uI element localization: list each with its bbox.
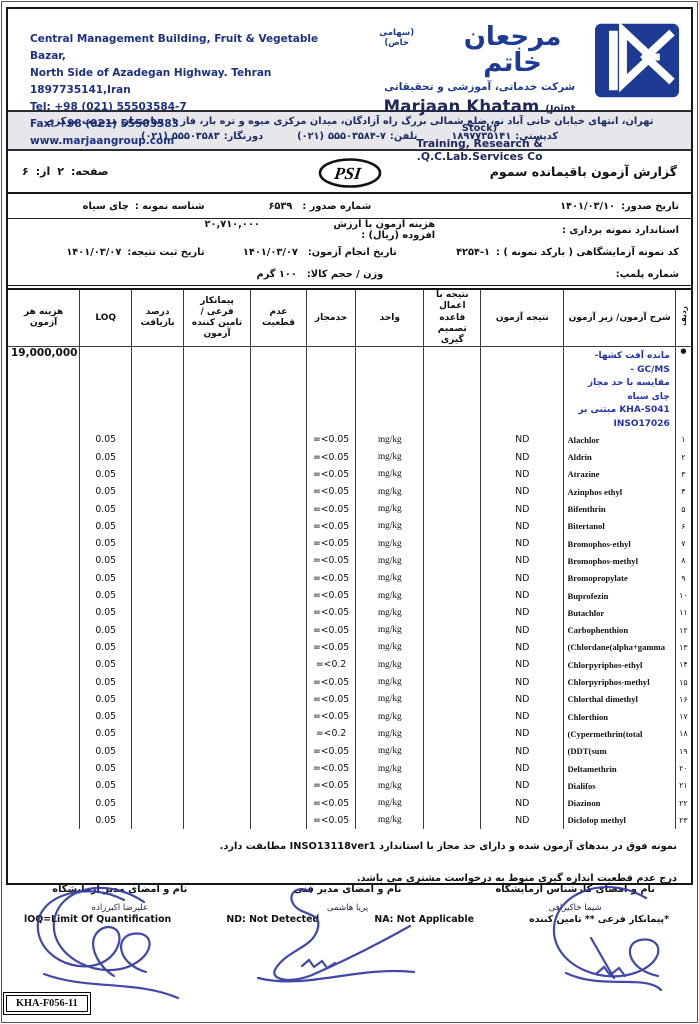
cell-subcontractor bbox=[184, 535, 251, 552]
cell-uncertainty bbox=[251, 777, 307, 794]
cell-recovery-percent bbox=[132, 552, 184, 569]
table-row: ۶BitertanolNDmg/kg=<0.050.05 bbox=[8, 518, 691, 535]
cell-unit: mg/kg bbox=[356, 812, 424, 829]
cell-cost bbox=[8, 725, 80, 742]
table-row: ۱۵Chlorpyriphos-methylNDmg/kg=<0.050.05 bbox=[8, 673, 691, 690]
psi-logo-icon: PSI bbox=[317, 157, 383, 193]
cell-recovery-percent bbox=[132, 760, 184, 777]
cell-recovery-percent bbox=[132, 604, 184, 621]
cell-unit: mg/kg bbox=[356, 570, 424, 587]
cell-loq: 0.05 bbox=[80, 535, 132, 552]
signature-lab-expert: نام و امضای کارشناس آزمایشگاه شیما خاکیر… bbox=[461, 884, 689, 913]
cell-limit: =<0.2 bbox=[307, 725, 356, 742]
cell-row-number: ۴ bbox=[675, 483, 691, 500]
cell-recovery-percent bbox=[132, 673, 184, 690]
cell-cost bbox=[8, 812, 80, 829]
cell-uncertainty bbox=[251, 449, 307, 466]
cell-uncertainty bbox=[251, 483, 307, 500]
cell-loq: 0.05 bbox=[80, 639, 132, 656]
cell-row-number: ۷ bbox=[675, 535, 691, 552]
cell-decision-rule-result bbox=[424, 466, 481, 483]
cell-recovery-percent bbox=[132, 483, 184, 500]
cell-row-number: ۲۲ bbox=[675, 794, 691, 811]
cell-loq: 0.05 bbox=[80, 466, 132, 483]
cell-row-number: ۳ bbox=[675, 466, 691, 483]
header-subcontractor: پیمانکار فرعی / تامین کننده آزمون bbox=[184, 290, 251, 347]
cell-limit: =<0.05 bbox=[307, 552, 356, 569]
cell-subcontractor bbox=[184, 466, 251, 483]
cell-decision-rule-result bbox=[424, 500, 481, 517]
cell-test-result: ND bbox=[481, 552, 564, 569]
cell-test-name: (Chlordane(alpha+gamma bbox=[564, 639, 675, 656]
signature-lab-manager: نام و امضای مدیر آزمایشگاه علیرضا اکبرزا… bbox=[6, 884, 234, 913]
cell-limit: =<0.05 bbox=[307, 518, 356, 535]
cell-decision-rule-result bbox=[424, 812, 481, 829]
sampling-standard-field: استاندارد نمونه برداری : bbox=[435, 225, 679, 236]
cell-decision-rule-result bbox=[424, 570, 481, 587]
cell-limit: =<0.2 bbox=[307, 656, 356, 673]
cell-test-result: ND bbox=[481, 570, 564, 587]
cell-recovery-percent bbox=[132, 431, 184, 448]
test-cost-field: هزینه آزمون با ارزش افزوده (ریال) :۲۰,۷۱… bbox=[205, 219, 436, 241]
cell-subcontractor bbox=[184, 708, 251, 725]
cell-limit: =<0.05 bbox=[307, 777, 356, 794]
cell-test-name: Buprofezin bbox=[564, 587, 675, 604]
address-en-line: Tel: +98 (021) 55503584-7 bbox=[30, 99, 336, 116]
cell-limit: =<0.05 bbox=[307, 431, 356, 448]
fax: دورنگار:۵۵۵۰۳۵۸۳(۰۲۱) bbox=[141, 131, 263, 142]
cell-recovery-percent bbox=[132, 587, 184, 604]
form-code-box: KHA-F056-11 bbox=[6, 995, 88, 1012]
cell-recovery-percent bbox=[132, 449, 184, 466]
cell-loq: 0.05 bbox=[80, 570, 132, 587]
cell-uncertainty bbox=[251, 708, 307, 725]
cell-unit: mg/kg bbox=[356, 552, 424, 569]
cell-test-name: (DDT(sum bbox=[564, 743, 675, 760]
result-date-field: تاریخ ثبت نتیجه:۱۴۰۱/۰۳/۰۷ bbox=[20, 247, 205, 258]
cell-cost bbox=[8, 518, 80, 535]
cell-cost bbox=[8, 691, 80, 708]
cell-subcontractor bbox=[184, 449, 251, 466]
cell-test-name: Chlorpyriphos-methyl bbox=[564, 673, 675, 690]
cell-decision-rule-result bbox=[424, 483, 481, 500]
cell-loq: 0.05 bbox=[80, 708, 132, 725]
cell-loq: 0.05 bbox=[80, 552, 132, 569]
address-en-line: Central Management Building, Fruit & Veg… bbox=[30, 31, 336, 65]
company-logo-icon bbox=[593, 22, 681, 99]
table-row: ۱۷ChlorthionNDmg/kg=<0.050.05 bbox=[8, 708, 691, 725]
cell-subcontractor bbox=[184, 483, 251, 500]
header-loq: LOQ bbox=[80, 290, 132, 347]
cell-test-name: Diazinon bbox=[564, 794, 675, 811]
cell-cost bbox=[8, 656, 80, 673]
cell-uncertainty bbox=[251, 656, 307, 673]
cell-decision-rule-result bbox=[424, 708, 481, 725]
cell-subcontractor bbox=[184, 691, 251, 708]
cell-subcontractor bbox=[184, 604, 251, 621]
cell-unit: mg/kg bbox=[356, 639, 424, 656]
cell-recovery-percent bbox=[132, 691, 184, 708]
address-fa-line: تهران، انتهای خیابان خانی آباد نو، ضلع ش… bbox=[8, 116, 691, 127]
cell-test-name: Bromophos-ethyl bbox=[564, 535, 675, 552]
test-report-page: Central Management Building, Fruit & Veg… bbox=[0, 0, 699, 1024]
header-unit: واحد bbox=[356, 290, 424, 347]
cell-cost bbox=[8, 708, 80, 725]
cell-row-number: ۱۱ bbox=[675, 604, 691, 621]
uncertainty-note: درج عدم قطعیت اندازه گیری منوط به درخواس… bbox=[22, 873, 677, 884]
table-row: ۱AlachlorNDmg/kg=<0.050.05 bbox=[8, 431, 691, 448]
group-description: مانده آفت کشها- GC/MS - مقایسه با حد مجا… bbox=[564, 347, 675, 432]
cell-subcontractor bbox=[184, 777, 251, 794]
cell-unit: mg/kg bbox=[356, 466, 424, 483]
cell-uncertainty bbox=[251, 570, 307, 587]
report-title: گزارش آزمون باقیمانده سموم bbox=[490, 164, 677, 179]
cell-cost bbox=[8, 466, 80, 483]
address-en-line: North Side of Azadegan Highway. Tehran 1… bbox=[30, 65, 336, 99]
cell-uncertainty bbox=[251, 466, 307, 483]
cell-decision-rule-result bbox=[424, 673, 481, 690]
header-test-description: شرح آزمون/ زیر آزمون bbox=[564, 290, 675, 347]
cell-unit: mg/kg bbox=[356, 622, 424, 639]
cell-limit: =<0.05 bbox=[307, 639, 356, 656]
header-test-result: نتیجه آزمون bbox=[481, 290, 564, 347]
cell-limit: =<0.05 bbox=[307, 673, 356, 690]
cell-limit: =<0.05 bbox=[307, 587, 356, 604]
table-row: ۱۶Chlorthal dimethylNDmg/kg=<0.050.05 bbox=[8, 691, 691, 708]
cell-unit: mg/kg bbox=[356, 743, 424, 760]
signature-name: علیرضا اکبرزاده bbox=[6, 903, 234, 913]
cell-test-result: ND bbox=[481, 483, 564, 500]
cell-limit: =<0.05 bbox=[307, 535, 356, 552]
cell-decision-rule-result bbox=[424, 743, 481, 760]
title-row: گزارش آزمون باقیمانده سموم PSI صفحه:۲ از… bbox=[8, 151, 691, 194]
cell-unit: mg/kg bbox=[356, 691, 424, 708]
cell-test-result: ND bbox=[481, 794, 564, 811]
cell-uncertainty bbox=[251, 673, 307, 690]
cell-cost bbox=[8, 483, 80, 500]
sample-info-section: تاریخ صدور:۱۴۰۱/۰۳/۱۰ شماره صدور :۶۵۳۹ ش… bbox=[8, 194, 691, 286]
cell-uncertainty bbox=[251, 725, 307, 742]
cell-limit: =<0.05 bbox=[307, 622, 356, 639]
cell-recovery-percent bbox=[132, 535, 184, 552]
results-tbody: ● مانده آفت کشها- GC/MS - مقایسه با حد م… bbox=[8, 347, 691, 829]
cell-uncertainty bbox=[251, 743, 307, 760]
signature-title: نام و امضای مدیر فنی bbox=[234, 884, 462, 895]
cell-subcontractor bbox=[184, 431, 251, 448]
cell-test-result: ND bbox=[481, 760, 564, 777]
cell-recovery-percent bbox=[132, 622, 184, 639]
cell-decision-rule-result bbox=[424, 656, 481, 673]
cell-test-result: ND bbox=[481, 466, 564, 483]
cell-unit: mg/kg bbox=[356, 587, 424, 604]
cell-loq: 0.05 bbox=[80, 587, 132, 604]
cell-test-result: ND bbox=[481, 500, 564, 517]
cell-test-name: Atrazine bbox=[564, 466, 675, 483]
cell-recovery-percent bbox=[132, 466, 184, 483]
signature-name: شیما خاکیرافی bbox=[461, 903, 689, 913]
cell-row-number: ۱۳ bbox=[675, 639, 691, 656]
signature-technical-manager: نام و امضای مدیر فنی پریا هاشمی bbox=[234, 884, 462, 913]
cell-unit: mg/kg bbox=[356, 431, 424, 448]
cell-row-number: ۱ bbox=[675, 431, 691, 448]
cell-test-name: Chlorthal dimethyl bbox=[564, 691, 675, 708]
cell-decision-rule-result bbox=[424, 587, 481, 604]
cell-uncertainty bbox=[251, 639, 307, 656]
header-limit: حدمجاز bbox=[307, 290, 356, 347]
cell-loq: 0.05 bbox=[80, 691, 132, 708]
cell-test-name: Alachlor bbox=[564, 431, 675, 448]
cell-test-name: Chlorthion bbox=[564, 708, 675, 725]
cell-test-name: Deltamethrin bbox=[564, 760, 675, 777]
signature-title: نام و امضای مدیر آزمایشگاه bbox=[6, 884, 234, 895]
table-row: ۲۱DialifosNDmg/kg=<0.050.05 bbox=[8, 777, 691, 794]
cell-recovery-percent bbox=[132, 656, 184, 673]
header-recovery-percent: درصد بازیافت bbox=[132, 290, 184, 347]
cell-row-number: ۶ bbox=[675, 518, 691, 535]
letterhead: Central Management Building, Fruit & Veg… bbox=[8, 9, 691, 110]
cell-decision-rule-result bbox=[424, 639, 481, 656]
cell-test-name: Diclofop methyl bbox=[564, 812, 675, 829]
cell-decision-rule-result bbox=[424, 431, 481, 448]
cell-test-name: Azinphos ethyl bbox=[564, 483, 675, 500]
cell-row-number: ۲ bbox=[675, 449, 691, 466]
table-row: ۲AldrinNDmg/kg=<0.050.05 bbox=[8, 449, 691, 466]
cell-unit: mg/kg bbox=[356, 535, 424, 552]
table-row: ۱۰BuprofezinNDmg/kg=<0.050.05 bbox=[8, 587, 691, 604]
cell-limit: =<0.05 bbox=[307, 466, 356, 483]
legend-subcontractor-fa: *پیمانکار فرعی ** تامین کننده bbox=[529, 914, 669, 925]
cell-recovery-percent bbox=[132, 812, 184, 829]
cell-decision-rule-result bbox=[424, 535, 481, 552]
table-row: ۸Bromophos-methylNDmg/kg=<0.050.05 bbox=[8, 552, 691, 569]
legend-na: NA: Not Applicable bbox=[374, 914, 474, 925]
test-date-field: تاریخ انجام آزمون:۱۴۰۱/۰۳/۰۷ bbox=[205, 247, 436, 258]
cell-decision-rule-result bbox=[424, 604, 481, 621]
cell-test-name: Bifenthrin bbox=[564, 500, 675, 517]
cell-test-result: ND bbox=[481, 535, 564, 552]
cell-unit: mg/kg bbox=[356, 777, 424, 794]
cell-loq: 0.05 bbox=[80, 743, 132, 760]
cell-loq: 0.05 bbox=[80, 449, 132, 466]
cell-row-number: ۸ bbox=[675, 552, 691, 569]
cell-subcontractor bbox=[184, 812, 251, 829]
cell-loq: 0.05 bbox=[80, 656, 132, 673]
cell-cost bbox=[8, 552, 80, 569]
cell-row-number: ۲۳ bbox=[675, 812, 691, 829]
cell-test-result: ND bbox=[481, 708, 564, 725]
cell-loq: 0.05 bbox=[80, 500, 132, 517]
cell-decision-rule-result bbox=[424, 518, 481, 535]
cell-row-number: ۵ bbox=[675, 500, 691, 517]
cell-loq: 0.05 bbox=[80, 725, 132, 742]
cell-limit: =<0.05 bbox=[307, 691, 356, 708]
cell-unit: mg/kg bbox=[356, 794, 424, 811]
cell-uncertainty bbox=[251, 794, 307, 811]
cell-test-result: ND bbox=[481, 622, 564, 639]
cell-limit: =<0.05 bbox=[307, 570, 356, 587]
cell-recovery-percent bbox=[132, 777, 184, 794]
cell-subcontractor bbox=[184, 570, 251, 587]
cell-loq: 0.05 bbox=[80, 760, 132, 777]
cell-row-number: ۱۸ bbox=[675, 725, 691, 742]
compliance-note: نمونه فوق در بندهای آزمون شده و دارای حد… bbox=[22, 841, 677, 852]
cell-test-result: ND bbox=[481, 673, 564, 690]
cell-subcontractor bbox=[184, 500, 251, 517]
cell-uncertainty bbox=[251, 622, 307, 639]
lab-sample-code-field: کد نمونه آزمایشگاهی ( بارکد نمونه ) :۴۲۵… bbox=[435, 247, 679, 258]
table-row: ۲۲DiazinonNDmg/kg=<0.050.05 bbox=[8, 794, 691, 811]
cell-loq: 0.05 bbox=[80, 483, 132, 500]
cell-recovery-percent bbox=[132, 794, 184, 811]
brand-name-en: Marjaan Khatam bbox=[384, 97, 540, 116]
cell-row-number: ۱۴ bbox=[675, 656, 691, 673]
table-row: ۱۱ButachlorNDmg/kg=<0.050.05 bbox=[8, 604, 691, 621]
cell-test-result: ND bbox=[481, 431, 564, 448]
cell-limit: =<0.05 bbox=[307, 760, 356, 777]
cell-decision-rule-result bbox=[424, 760, 481, 777]
cell-recovery-percent bbox=[132, 725, 184, 742]
cell-uncertainty bbox=[251, 552, 307, 569]
cell-subcontractor bbox=[184, 552, 251, 569]
header-decision-rule-result: نتیجه با اعمال قاعده تصمیم گیری bbox=[424, 290, 481, 347]
cell-row-number: ۱۵ bbox=[675, 673, 691, 690]
header-uncertainty: عدم قطعیت bbox=[251, 290, 307, 347]
header-cost-per-test: هزینه هر آزمون bbox=[8, 290, 80, 347]
cell-unit: mg/kg bbox=[356, 604, 424, 621]
table-row: ۱۲CarbophenthionNDmg/kg=<0.050.05 bbox=[8, 622, 691, 639]
cell-recovery-percent bbox=[132, 570, 184, 587]
header-row-number: ردیف bbox=[675, 290, 691, 347]
cell-cost bbox=[8, 535, 80, 552]
cell-cost bbox=[8, 449, 80, 466]
cell-test-name: Chlorpyriphos-ethyl bbox=[564, 656, 675, 673]
cell-subcontractor bbox=[184, 725, 251, 742]
cell-row-number: ۱۷ bbox=[675, 708, 691, 725]
table-row: ۱۴Chlorpyriphos-ethylNDmg/kg=<0.20.05 bbox=[8, 656, 691, 673]
cell-limit: =<0.05 bbox=[307, 449, 356, 466]
cell-test-name: (Cypermethrin(total bbox=[564, 725, 675, 742]
cell-test-result: ND bbox=[481, 725, 564, 742]
cell-row-number: ۲۰ bbox=[675, 760, 691, 777]
cell-limit: =<0.05 bbox=[307, 483, 356, 500]
cell-test-result: ND bbox=[481, 604, 564, 621]
cell-test-result: ND bbox=[481, 812, 564, 829]
cell-unit: mg/kg bbox=[356, 500, 424, 517]
seal-number-field: شماره پلمپ: bbox=[435, 269, 679, 280]
cell-test-result: ND bbox=[481, 777, 564, 794]
cell-loq: 0.05 bbox=[80, 518, 132, 535]
cell-decision-rule-result bbox=[424, 725, 481, 742]
signature-title: نام و امضای کارشناس آزمایشگاه bbox=[461, 884, 689, 895]
weight-field: وزن / حجم کالا:۱۰۰ گرم bbox=[205, 269, 436, 280]
cell-test-result: ND bbox=[481, 691, 564, 708]
cell-limit: =<0.05 bbox=[307, 708, 356, 725]
table-row: ۱۹(DDT(sumNDmg/kg=<0.050.05 bbox=[8, 743, 691, 760]
cell-cost bbox=[8, 431, 80, 448]
sample-id-field: شناسه نمونه :چای سیاه bbox=[20, 201, 205, 212]
cell-decision-rule-result bbox=[424, 622, 481, 639]
group-bullet: ● bbox=[675, 347, 691, 432]
postal-code: کدپستی:۱۸۹۷۷۳۵۱۴۱ bbox=[451, 131, 558, 142]
cell-cost bbox=[8, 500, 80, 517]
cell-recovery-percent bbox=[132, 639, 184, 656]
issue-number-field: شماره صدور :۶۵۳۹ bbox=[205, 201, 436, 212]
brand-suffix-fa: (سهامی خاص) bbox=[366, 24, 427, 48]
cell-subcontractor bbox=[184, 794, 251, 811]
cell-decision-rule-result bbox=[424, 552, 481, 569]
cell-uncertainty bbox=[251, 812, 307, 829]
svg-text:PSI: PSI bbox=[332, 164, 363, 183]
cell-subcontractor bbox=[184, 656, 251, 673]
cell-cost bbox=[8, 777, 80, 794]
cell-row-number: ۱۶ bbox=[675, 691, 691, 708]
cell-subcontractor bbox=[184, 622, 251, 639]
cell-uncertainty bbox=[251, 535, 307, 552]
cell-decision-rule-result bbox=[424, 777, 481, 794]
table-row: ۱۳(Chlordane(alpha+gammaNDmg/kg=<0.050.0… bbox=[8, 639, 691, 656]
table-row: ۳AtrazineNDmg/kg=<0.050.05 bbox=[8, 466, 691, 483]
cell-test-name: Carbophenthion bbox=[564, 622, 675, 639]
cell-test-result: ND bbox=[481, 743, 564, 760]
cell-row-number: ۲۱ bbox=[675, 777, 691, 794]
cell-limit: =<0.05 bbox=[307, 743, 356, 760]
cell-recovery-percent bbox=[132, 708, 184, 725]
brand-subtitle-fa: شرکت خدماتی، آموزشی و تحقیقاتی bbox=[366, 81, 593, 93]
cell-unit: mg/kg bbox=[356, 449, 424, 466]
cell-test-result: ND bbox=[481, 449, 564, 466]
cell-unit: mg/kg bbox=[356, 760, 424, 777]
table-header-row: ردیف شرح آزمون/ زیر آزمون نتیجه آزمون نت… bbox=[8, 290, 691, 347]
cell-loq: 0.05 bbox=[80, 622, 132, 639]
cell-cost bbox=[8, 587, 80, 604]
page-indicator: صفحه:۲ از:۶ bbox=[22, 165, 109, 178]
cell-limit: =<0.05 bbox=[307, 794, 356, 811]
table-row: ۱۸(Cypermethrin(totalNDmg/kg=<0.20.05 bbox=[8, 725, 691, 742]
cell-test-name: Dialifos bbox=[564, 777, 675, 794]
legend-loq: lOQ=Limit Of Quantification bbox=[24, 914, 171, 925]
report-document-frame: Central Management Building, Fruit & Veg… bbox=[6, 7, 693, 885]
cell-test-name: Bromopropylate bbox=[564, 570, 675, 587]
cell-cost bbox=[8, 760, 80, 777]
phone: تلفن:۵۵۵۰۳۵۸۴-۷(۰۲۱) bbox=[297, 131, 417, 142]
cell-subcontractor bbox=[184, 760, 251, 777]
results-table-wrap: ردیف شرح آزمون/ زیر آزمون نتیجه آزمون نت… bbox=[8, 288, 691, 829]
cell-test-name: Aldrin bbox=[564, 449, 675, 466]
cell-test-result: ND bbox=[481, 518, 564, 535]
cell-limit: =<0.05 bbox=[307, 500, 356, 517]
cell-cost bbox=[8, 673, 80, 690]
cell-subcontractor bbox=[184, 587, 251, 604]
cell-test-name: Bitertanol bbox=[564, 518, 675, 535]
cell-loq: 0.05 bbox=[80, 777, 132, 794]
cell-recovery-percent bbox=[132, 518, 184, 535]
cell-row-number: ۱۰ bbox=[675, 587, 691, 604]
cell-unit: mg/kg bbox=[356, 483, 424, 500]
cell-subcontractor bbox=[184, 518, 251, 535]
cell-limit: =<0.05 bbox=[307, 812, 356, 829]
table-row: ۷Bromophos-ethylNDmg/kg=<0.050.05 bbox=[8, 535, 691, 552]
cell-subcontractor bbox=[184, 639, 251, 656]
cell-test-result: ND bbox=[481, 656, 564, 673]
cell-test-result: ND bbox=[481, 587, 564, 604]
table-row: ۴Azinphos ethylNDmg/kg=<0.050.05 bbox=[8, 483, 691, 500]
test-group-row: ● مانده آفت کشها- GC/MS - مقایسه با حد م… bbox=[8, 347, 691, 432]
cell-test-result: ND bbox=[481, 639, 564, 656]
legend-nd: ND: Not Detected bbox=[226, 914, 319, 925]
cell-uncertainty bbox=[251, 500, 307, 517]
cell-unit: mg/kg bbox=[356, 708, 424, 725]
cell-cost bbox=[8, 794, 80, 811]
